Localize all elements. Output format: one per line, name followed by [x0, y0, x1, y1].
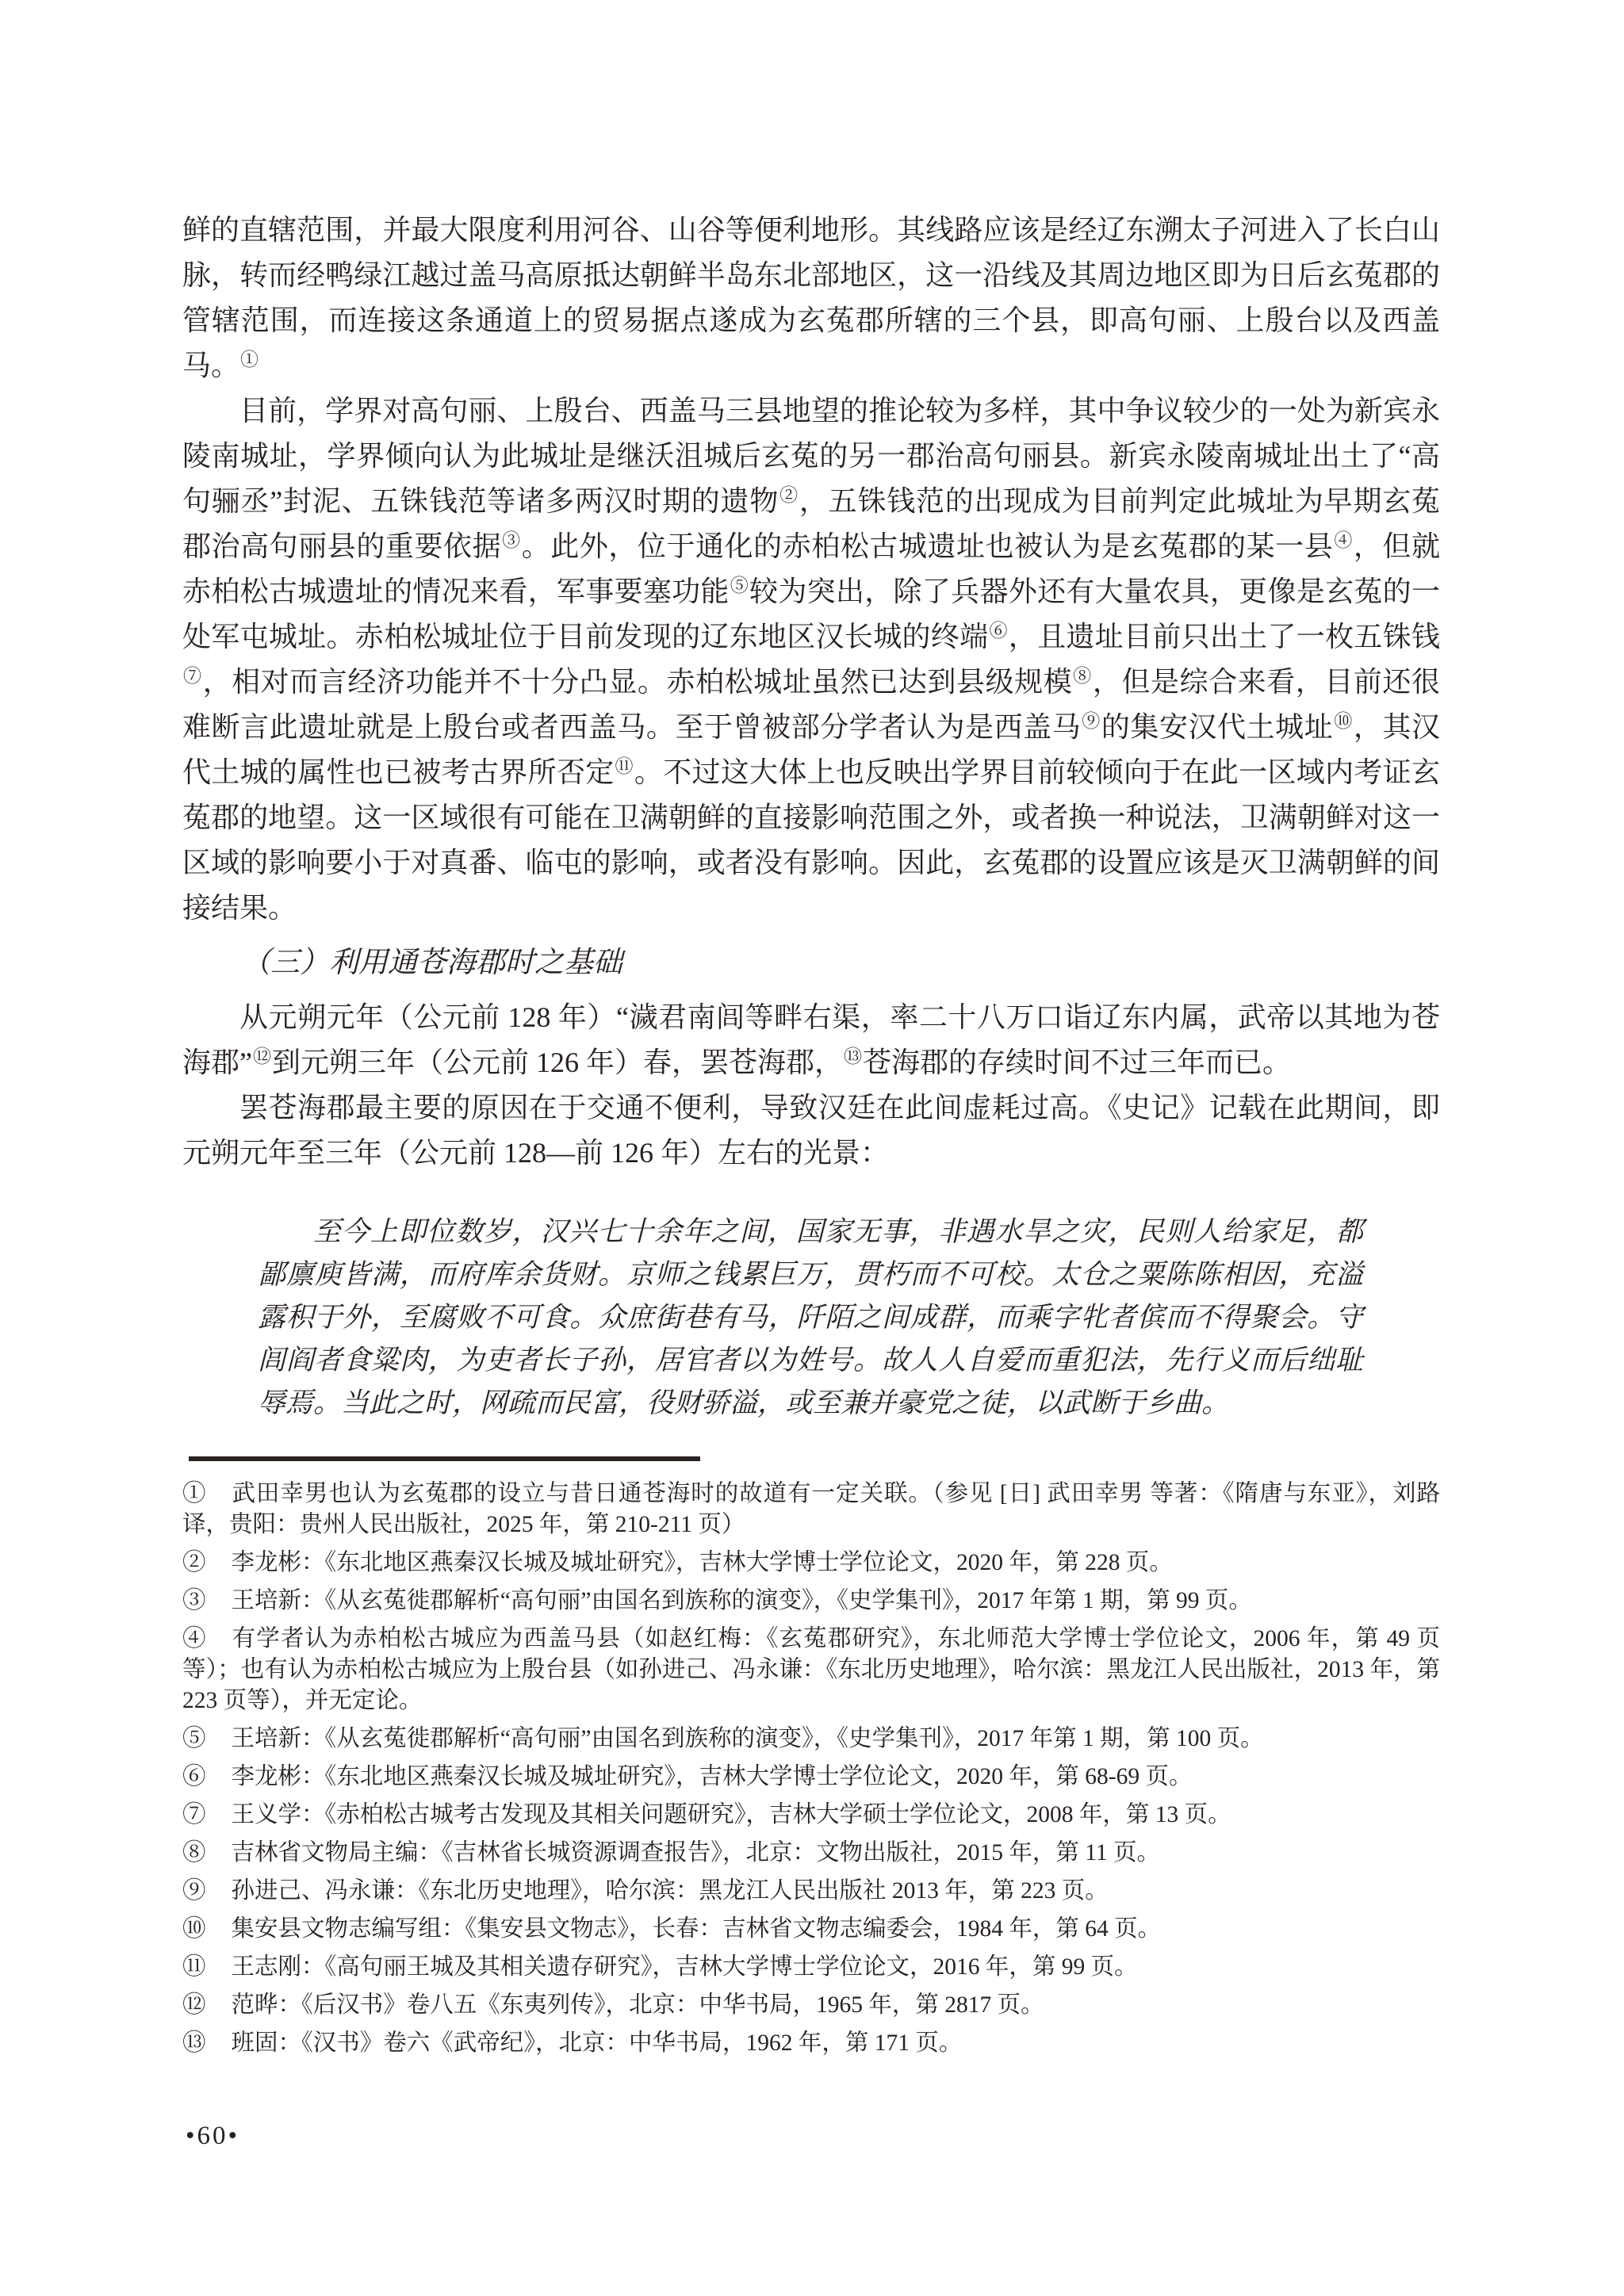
footnote-item: ⑫范晔：《后汉书》卷八五《东夷列传》，北京：中华书局，1965 年，第 2817…: [182, 1990, 1440, 2021]
footnote-reference: ⑥: [989, 621, 1007, 641]
footnote-item: ④有学者认为赤柏松古城应为西盖马县（如赵红梅：《玄菟郡研究》，东北师范大学博士学…: [182, 1624, 1440, 1716]
block-quote-shiji: 至今上即位数岁，汉兴七十余年之间，国家无事，非遇水旱之灾，民则人给家足，都鄙廪庾…: [258, 1211, 1363, 1425]
section-heading: （三）利用通苍海郡时之基础: [182, 940, 1440, 985]
footnote-marker: ④: [182, 1626, 207, 1651]
footnote-reference: ③: [502, 530, 521, 550]
footnote-marker: ⑥: [182, 1764, 206, 1789]
footnote-item: ③王培新：《从玄菟徙郡解析“高句丽”由国名到族称的演变》，《史学集刊》，2017…: [182, 1586, 1440, 1617]
footnote-marker: ⑤: [182, 1726, 206, 1751]
footnote-item: ②李龙彬：《东北地区燕秦汉长城及城址研究》，吉林大学博士学位论文，2020 年，…: [182, 1548, 1440, 1578]
footnote-separator: [189, 1456, 700, 1461]
footnote-item: ⑩集安县文物志编写组：《集安县文物志》，长春：吉林省文物志编委会，1984 年，…: [182, 1914, 1440, 1945]
footnote-marker: ⑫: [182, 1992, 206, 2018]
footnote-marker: ②: [182, 1550, 206, 1575]
paragraph-canghai-abolition: 罢苍海郡最主要的原因在于交通不便利，导致汉廷在此间虚耗过高。《史记》记载在此期间…: [182, 1085, 1440, 1176]
footnote-item: ⑬班固：《汉书》卷六《武帝纪》，北京：中华书局，1962 年，第 171 页。: [182, 2028, 1440, 2059]
footnote-marker: ①: [182, 1481, 206, 1506]
footnote-text: 王志刚：《高句丽王城及其相关遗存研究》，吉林大学博士学位论文，2016 年，第 …: [232, 1954, 1138, 1980]
footnote-text: 班固：《汉书》卷六《武帝纪》，北京：中华书局，1962 年，第 171 页。: [232, 2030, 963, 2056]
footnote-reference: ②: [779, 485, 799, 505]
footnote-text: 王义学：《赤柏松古城考古发现及其相关问题研究》，吉林大学硕士学位论文，2008 …: [232, 1802, 1231, 1827]
footnote-item: ⑨孙进己、冯永谦：《东北历史地理》，哈尔滨：黑龙江人民出版社 2013 年，第 …: [182, 1876, 1440, 1907]
footnote-text: 李龙彬：《东北地区燕秦汉长城及城址研究》，吉林大学博士学位论文，2020 年，第…: [232, 1764, 1193, 1789]
footnote-text: 王培新：《从玄菟徙郡解析“高句丽”由国名到族称的演变》，《史学集刊》，2017 …: [232, 1726, 1264, 1751]
footnote-marker: ⑨: [182, 1878, 206, 1904]
footnote-reference: ⑫: [253, 1047, 271, 1066]
footnote-item: ⑧吉林省文物局主编：《吉林省长城资源调查报告》，北京：文物出版社，2015 年，…: [182, 1838, 1440, 1869]
footnote-reference: ⑤: [730, 576, 749, 595]
footnote-marker: ⑩: [182, 1916, 206, 1942]
footnote-text: 范晔：《后汉书》卷八五《东夷列传》，北京：中华书局，1965 年，第 2817 …: [232, 1992, 1044, 2018]
footnote-marker: ⑬: [182, 2030, 206, 2056]
footnote-reference: ⑦: [183, 666, 202, 686]
footnote-text: 集安县文物志编写组：《集安县文物志》，长春：吉林省文物志编委会，1984 年，第…: [232, 1916, 1162, 1942]
footnote-reference: ④: [1334, 530, 1353, 550]
paragraph-continuation: 鲜的直辖范围，并最大限度利用河谷、山谷等便利地形。其线路应该是经辽东溯太子河进入…: [182, 208, 1440, 388]
footnotes-list: ①武田幸男也认为玄菟郡的设立与昔日通苍海时的故道有一定关联。（参见 [日] 武田…: [182, 1479, 1440, 2059]
footnote-item: ⑦王义学：《赤柏松古城考古发现及其相关问题研究》，吉林大学硕士学位论文，2008…: [182, 1800, 1440, 1831]
footnote-marker: ③: [182, 1588, 206, 1613]
footnote-reference: ⑧: [1073, 666, 1092, 686]
page-number: •60•: [186, 2122, 239, 2151]
footnote-reference: ⑨: [1082, 711, 1101, 731]
footnote-reference: ⑩: [1334, 711, 1353, 731]
footnote-text: 李龙彬：《东北地区燕秦汉长城及城址研究》，吉林大学博士学位论文，2020 年，第…: [232, 1550, 1173, 1575]
footnote-item: ⑪王志刚：《高句丽王城及其相关遗存研究》，吉林大学博士学位论文，2016 年，第…: [182, 1952, 1440, 1983]
footnote-reference: ⑪: [615, 756, 634, 776]
footnote-text: 武田幸男也认为玄菟郡的设立与昔日通苍海时的故道有一定关联。（参见 [日] 武田幸…: [182, 1481, 1440, 1537]
footnote-marker: ⑧: [182, 1840, 206, 1865]
footnote-text: 王培新：《从玄菟徙郡解析“高句丽”由国名到族称的演变》，《史学集刊》，2017 …: [232, 1588, 1252, 1613]
body-text: 鲜的直辖范围，并最大限度利用河谷、山谷等便利地形。其线路应该是经辽东溯太子河进入…: [182, 208, 1440, 1425]
footnote-reference: ①: [240, 350, 259, 369]
footnote-marker: ⑪: [182, 1954, 206, 1980]
footnote-marker: ⑦: [182, 1802, 206, 1827]
paragraph-canghai-dates: 从元朔元年（公元前 128 年）“濊君南闾等畔右渠，率二十八万口诣辽东内属，武帝…: [182, 995, 1440, 1085]
paragraph-county-locations: 目前，学界对高句丽、上殷台、西盖马三县地望的推论较为多样，其中争议较少的一处为新…: [182, 388, 1440, 931]
footnote-reference: ⑬: [844, 1047, 862, 1066]
footnote-text: 吉林省文物局主编：《吉林省长城资源调查报告》，北京：文物出版社，2015 年，第…: [232, 1840, 1161, 1865]
footnote-item: ①武田幸男也认为玄菟郡的设立与昔日通苍海时的故道有一定关联。（参见 [日] 武田…: [182, 1479, 1440, 1540]
footnote-text: 孙进己、冯永谦：《东北历史地理》，哈尔滨：黑龙江人民出版社 2013 年，第 2…: [232, 1878, 1109, 1904]
footnote-text: 有学者认为赤柏松古城应为西盖马县（如赵红梅：《玄菟郡研究》，东北师范大学博士学位…: [182, 1626, 1440, 1713]
document-page: 鲜的直辖范围，并最大限度利用河谷、山谷等便利地形。其线路应该是经辽东溯太子河进入…: [0, 0, 1624, 2296]
footnote-item: ⑥李龙彬：《东北地区燕秦汉长城及城址研究》，吉林大学博士学位论文，2020 年，…: [182, 1762, 1440, 1793]
footnote-item: ⑤王培新：《从玄菟徙郡解析“高句丽”由国名到族称的演变》，《史学集刊》，2017…: [182, 1724, 1440, 1755]
